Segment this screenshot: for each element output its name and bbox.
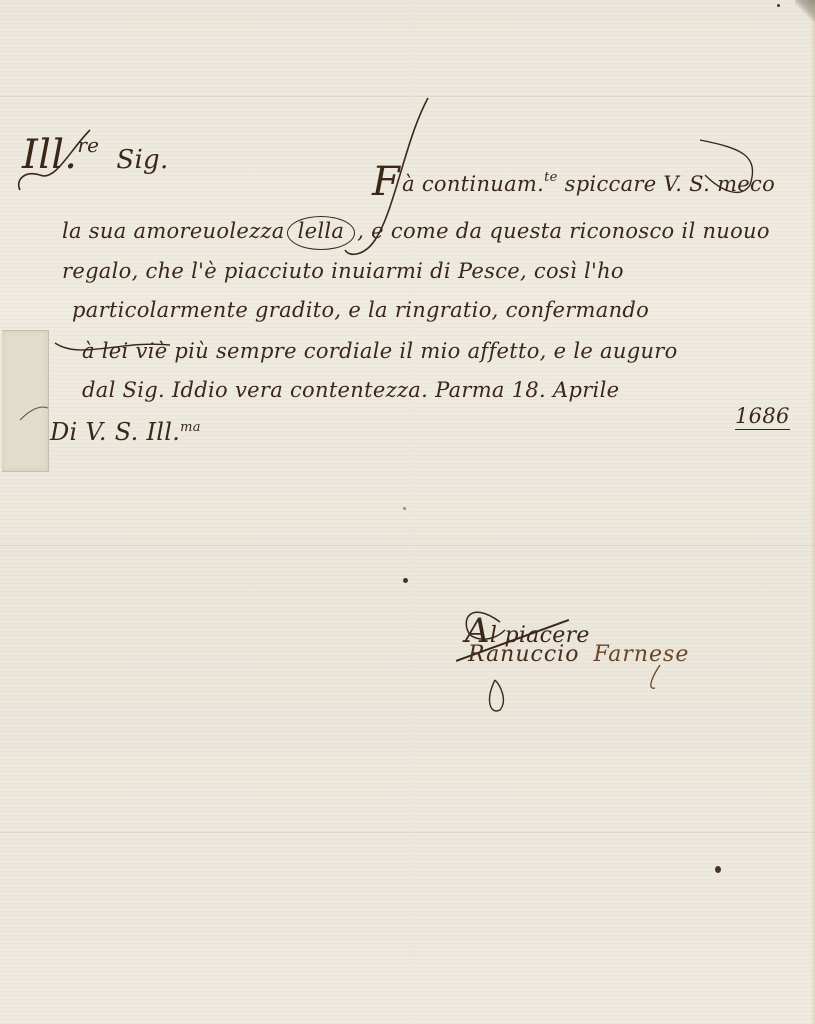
line-text: , e come da questa riconosco il nuouo bbox=[357, 219, 770, 243]
abbreviation-superscript: te bbox=[544, 170, 558, 185]
ink-spot bbox=[403, 507, 406, 510]
body-line-1: Fà continuam.te spiccare V. S. meco bbox=[372, 166, 775, 196]
line-text: à continuam. bbox=[402, 172, 544, 196]
closing-text: Di V. S. Ill. bbox=[50, 418, 180, 446]
fold-line-vertical bbox=[408, 0, 411, 1024]
closing-formula: Di V. S. Ill.ma bbox=[50, 418, 201, 446]
body-line-4: particolarmente gradito, e la ringratio,… bbox=[72, 298, 649, 322]
salutation-title: Ill. bbox=[22, 132, 77, 178]
closing-superscript: ma bbox=[180, 420, 201, 435]
salutation-sig: Sig. bbox=[116, 145, 168, 175]
date-year: 1686 bbox=[735, 404, 790, 430]
ink-spot bbox=[777, 4, 780, 7]
signature: RanuccioFarnese bbox=[468, 642, 689, 667]
signature-first-name: Ranuccio bbox=[468, 642, 579, 667]
ink-spot bbox=[403, 578, 408, 583]
initial-letter: F bbox=[372, 159, 400, 205]
page-edge bbox=[811, 0, 815, 1024]
body-line-5: à lei viè più sempre cordiale il mio aff… bbox=[82, 339, 678, 363]
ink-spot bbox=[715, 866, 721, 873]
signature-surname: Farnese bbox=[593, 642, 689, 667]
line-text: spiccare V. S. meco bbox=[558, 172, 775, 196]
salutation: Ill.re Sig. bbox=[22, 125, 169, 180]
body-line-2: la sua amoreuolezzalella, e come da ques… bbox=[62, 216, 770, 250]
letter-page: Ill.re Sig. Fà continuam.te spiccare V. … bbox=[0, 0, 815, 1024]
repair-patch bbox=[2, 330, 49, 472]
salutation-superscript: re bbox=[77, 133, 99, 157]
body-line-6-with-place-date: dal Sig. Iddio vera contentezza. Parma 1… bbox=[82, 378, 619, 402]
line-text: la sua amoreuolezza bbox=[62, 219, 285, 243]
circled-word: lella bbox=[287, 216, 356, 250]
body-line-3: regalo, che l'è piacciuto inuiarmi di Pe… bbox=[62, 259, 624, 283]
